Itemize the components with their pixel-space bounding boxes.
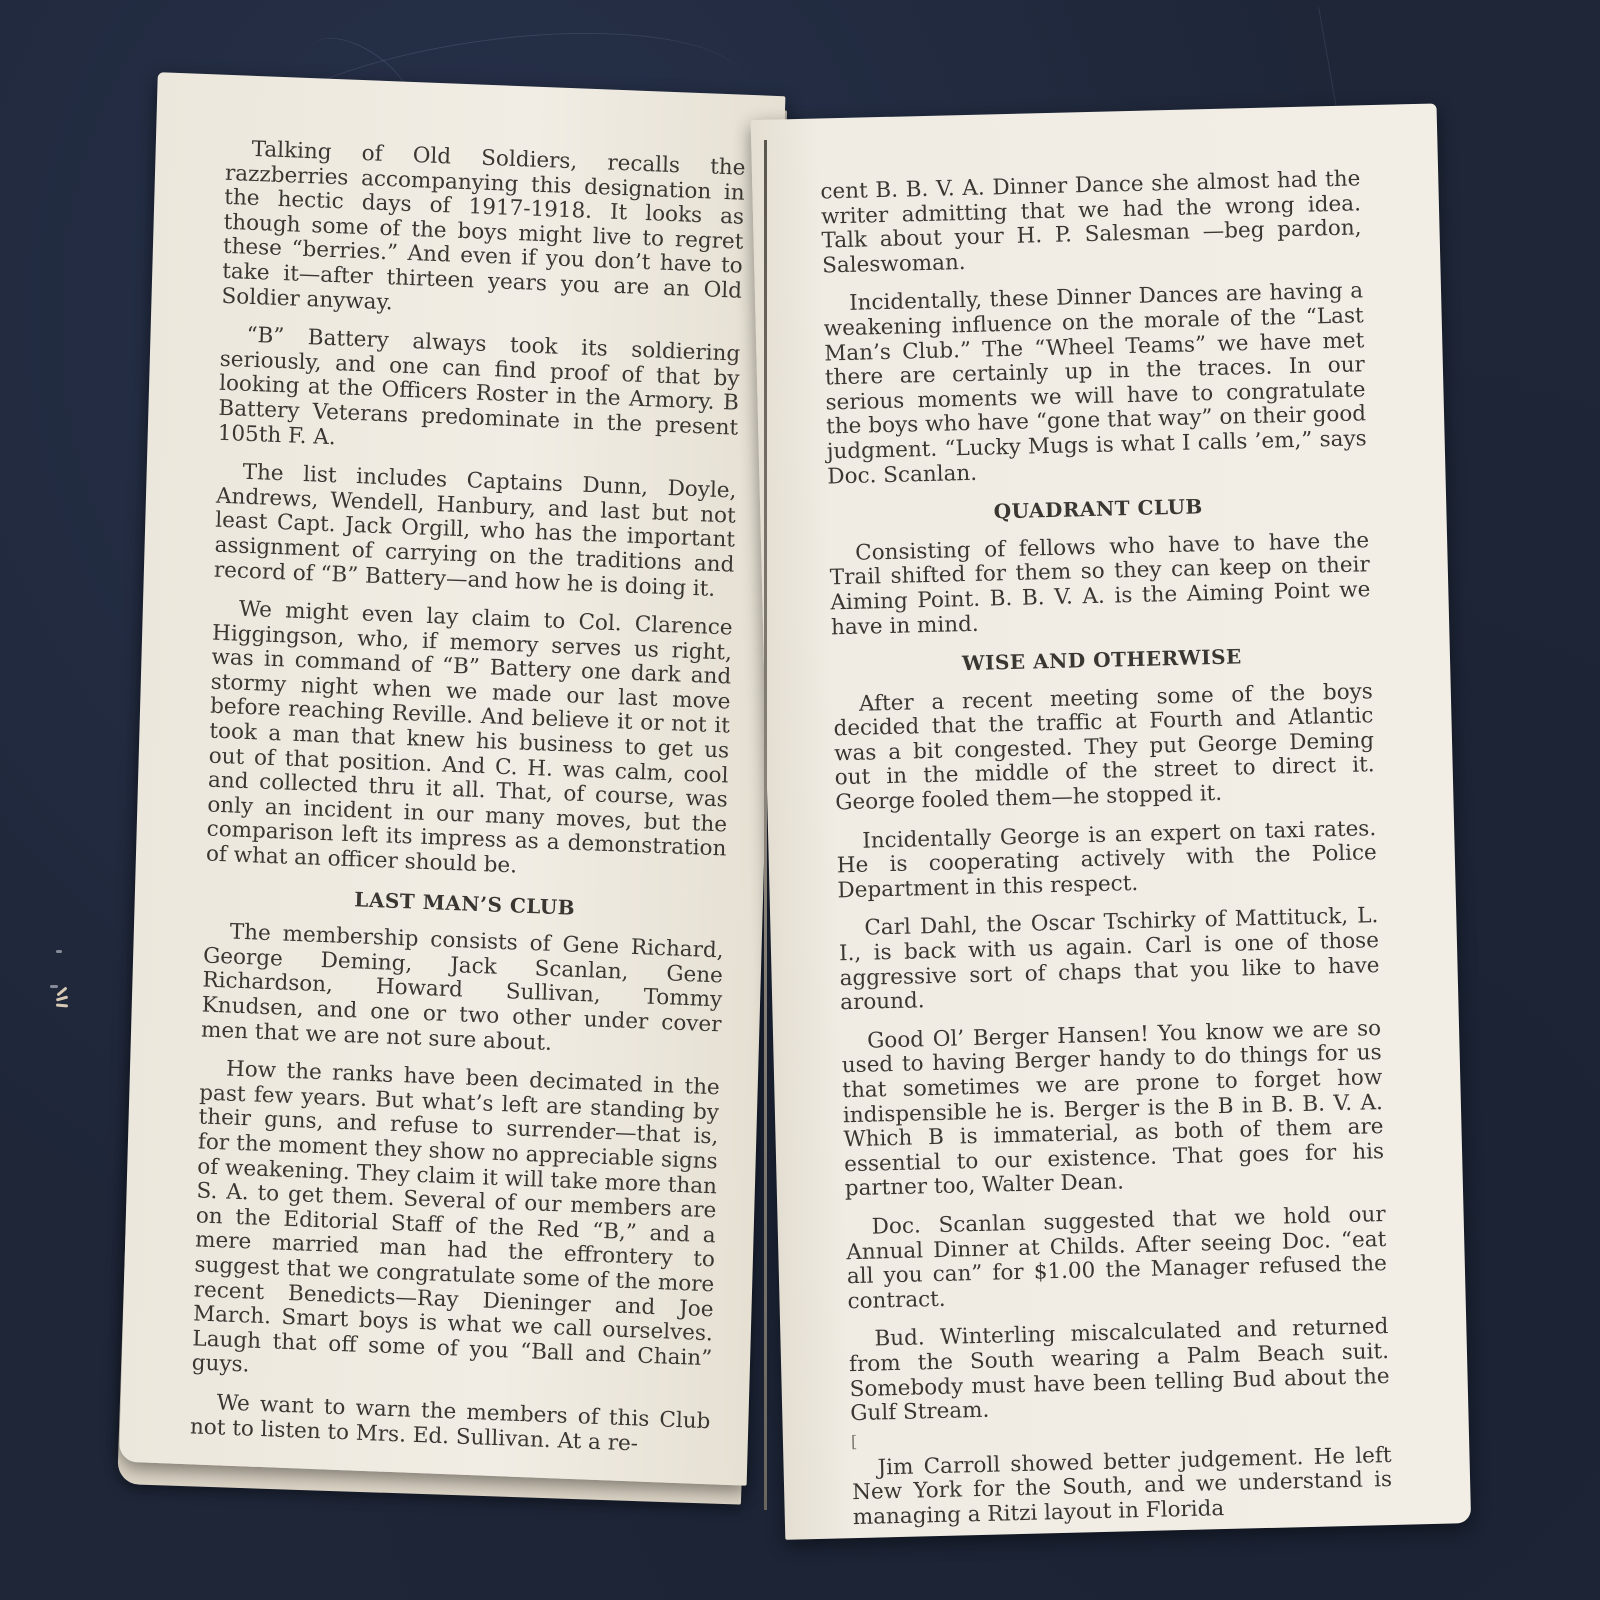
paper-fray-fragment bbox=[56, 990, 70, 1012]
heading-wise-and-otherwise: WISE AND OTHERWISE bbox=[832, 641, 1372, 679]
left-page-text-column: Talking of Old Soldiers, recalls the raz… bbox=[189, 137, 745, 1474]
paragraph-taxi-rates: Incidentally George is an expert on taxi… bbox=[836, 817, 1378, 904]
paragraph-old-soldiers: Talking of Old Soldiers, recalls the raz… bbox=[221, 137, 745, 329]
paragraph-jim-carroll: Jim Carroll showed better judgement. He … bbox=[851, 1444, 1393, 1531]
heading-quadrant-club: QUADRANT CLUB bbox=[828, 490, 1368, 528]
paragraph-ranks-decimated: How the ranks have been decimated in the… bbox=[191, 1057, 720, 1397]
paragraph-col-higgingson: We might even lay claim to Col. Clarence… bbox=[206, 597, 733, 887]
right-page: cent B. B. V. A. Dinner Dance she almost… bbox=[751, 103, 1471, 1539]
left-page: Talking of Old Soldiers, recalls the raz… bbox=[119, 72, 785, 1486]
paragraph-captains-list: The list includes Captains Dunn, Doyle, … bbox=[214, 460, 737, 603]
paragraph-b-battery-seriously: “B” Battery always took its soldiering s… bbox=[217, 323, 740, 466]
paragraph-dinner-dances-influence: Incidentally, these Dinner Dances are ha… bbox=[823, 280, 1368, 490]
paragraph-quadrant-club: Consisting of fellows who have to have t… bbox=[829, 529, 1371, 641]
lint-speck bbox=[50, 985, 58, 988]
paragraph-dinner-dance-continued: cent B. B. V. A. Dinner Dance she almost… bbox=[820, 167, 1362, 279]
right-page-text-column: cent B. B. V. A. Dinner Dance she almost… bbox=[820, 167, 1393, 1544]
paragraph-warn-members: We want to warn the members of this Club… bbox=[190, 1390, 711, 1459]
paragraph-bud-winterling: Bud. Winterling miscalculated and return… bbox=[848, 1315, 1390, 1427]
paragraph-carl-dahl: Carl Dahl, the Oscar Tschirky of Mattitu… bbox=[838, 905, 1380, 1017]
paragraph-membership: The membership consists of Gene Richard,… bbox=[201, 920, 724, 1063]
paragraph-traffic-george: After a recent meeting some of the boys … bbox=[833, 680, 1376, 816]
booklet-spine bbox=[764, 140, 767, 1510]
heading-last-mans-club: LAST MAN’S CLUB bbox=[205, 881, 725, 926]
lint-speck bbox=[56, 950, 62, 953]
paragraph-berger-hansen: Good Ol’ Berger Hansen! You know we are … bbox=[841, 1017, 1385, 1202]
paragraph-doc-scanlan-childs: Doc. Scanlan suggested that we hold our … bbox=[845, 1203, 1387, 1315]
